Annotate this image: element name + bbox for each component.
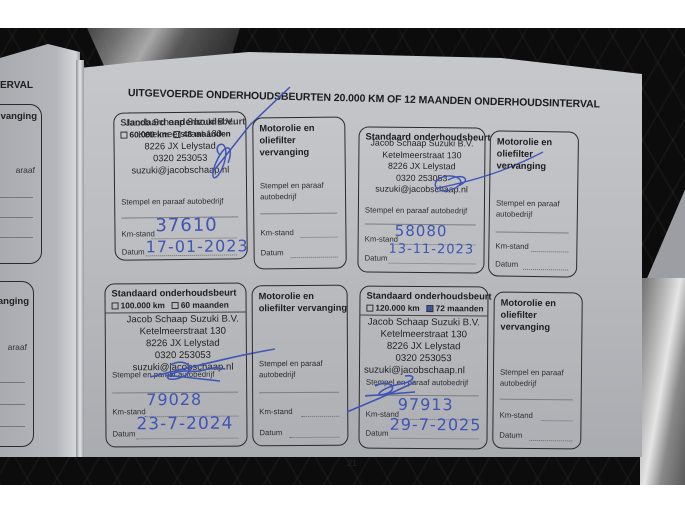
dealer-stamp: Jacob Schaap Suzuki B.V. Ketelmeerstraat… [359,137,484,196]
month-checkbox [172,302,179,309]
left-page-title-fragment: ERVAL [0,80,33,91]
oil-card-3: Motorolie en oliefilter vervanging Stemp… [252,285,349,447]
service-card-3: Standaard onderhoudsbeurt 100.000 km 60 … [104,283,247,448]
left-oil-box-top: vanging araaf [0,104,42,264]
oil-card-2: Motorolie en oliefilter vervanging Stemp… [488,130,579,277]
km-reading: 58080 [395,222,448,240]
service-card-2: Standaard onderhoudsbeurt Jacob Schaap S… [357,126,485,273]
service-card-4: Standaard onderhoudsbeurt 120.000 km 72 … [358,286,488,450]
km-checkbox [366,305,373,312]
dealer-stamp: Jacob Schaap Suzuki B.V. Ketelmeerstraat… [114,115,246,176]
dealer-stamp: Jacob Schaap Suzuki B.V. Ketelmeerstraat… [120,314,246,375]
service-date: 23-7-2024 [136,414,233,435]
page-number: 21 [347,458,357,468]
left-oil-box-bottom: vanging araaf [0,281,34,447]
service-date: 13-11-2023 [389,242,475,258]
oil-card-1: Motorolie en oliefilter vervanging Stemp… [252,117,347,270]
service-card-1: Standaard onderhoudsbeurt 60.000 km 48 m… [113,111,248,260]
km-checkbox [112,302,119,309]
month-checkbox-ticked [427,305,434,312]
oil-card-4: Motorolie en oliefilter vervanging Stemp… [492,292,583,450]
booklet-spine [76,60,84,457]
service-date: 17-01-2023 [146,236,249,256]
km-reading: 37610 [155,215,217,237]
service-date: 29-7-2025 [390,415,482,435]
plastic-wrap-right [640,278,685,485]
dealer-stamp: Jacob Schaap Suzuki B.V. Ketelmeerstraat… [360,317,487,378]
km-reading: 79028 [146,390,202,409]
km-reading: 97913 [398,395,454,414]
